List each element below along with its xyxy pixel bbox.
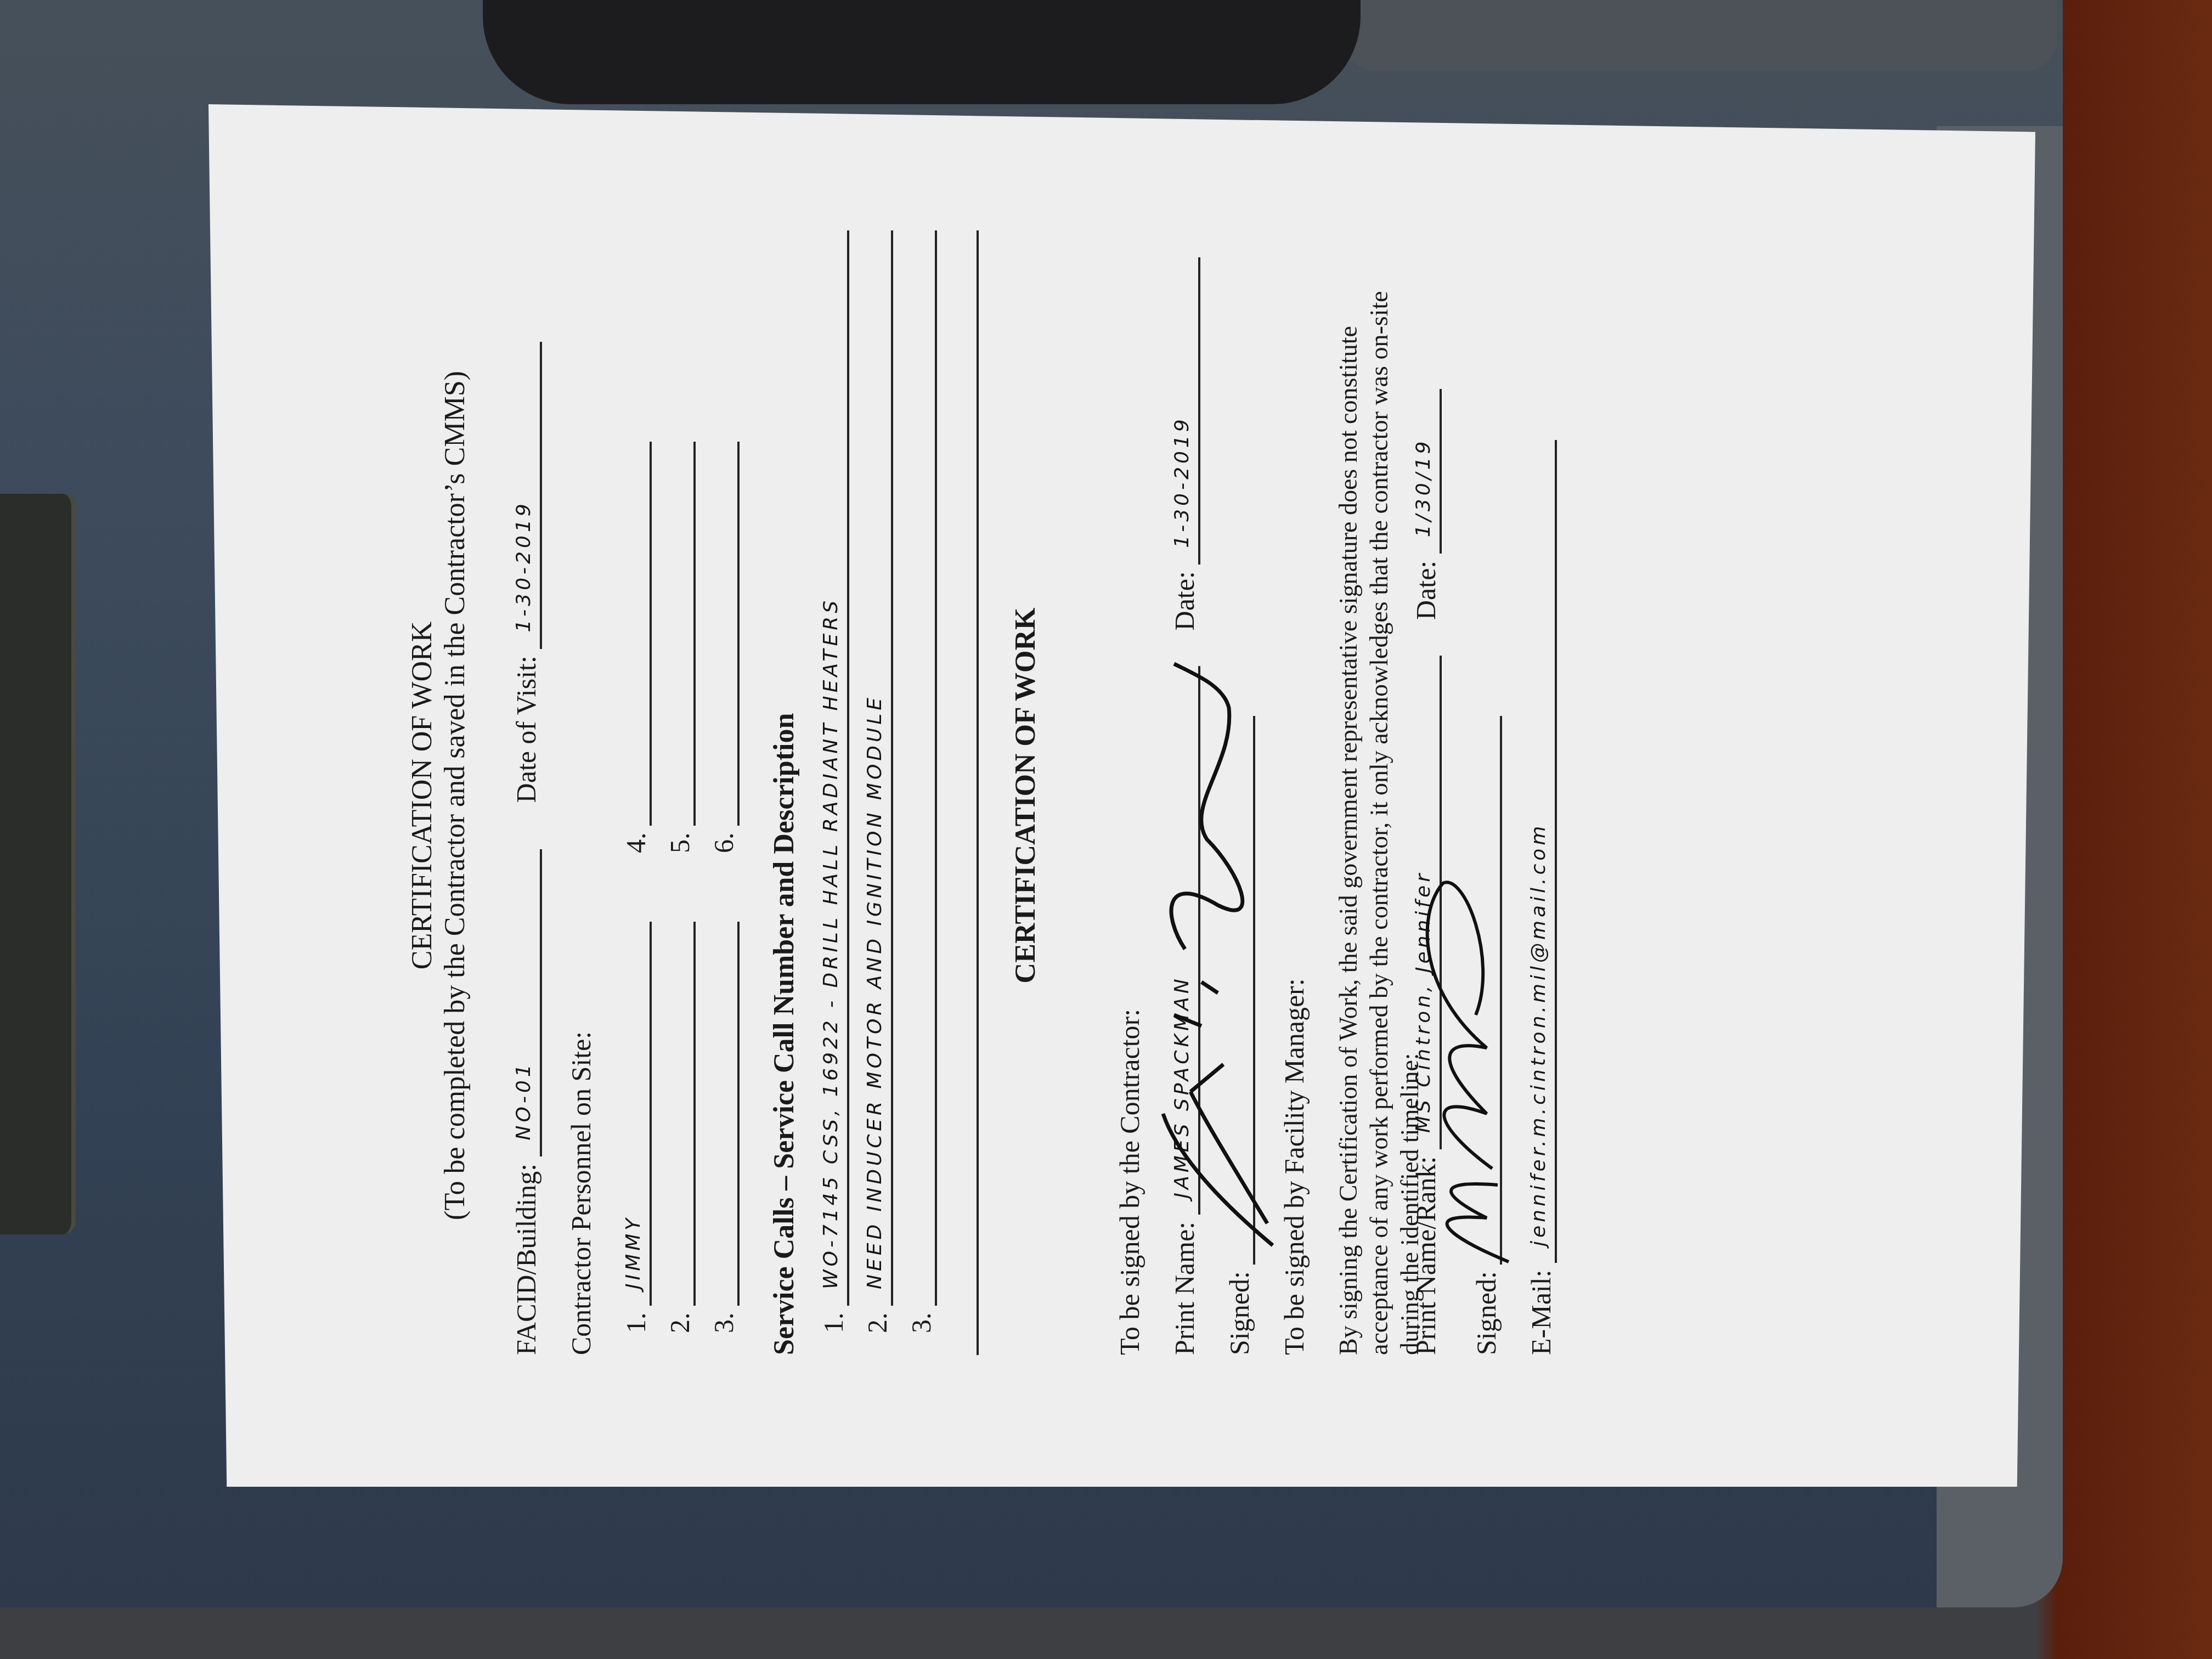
- service-calls-heading: Service Calls – Service Call Number and …: [768, 713, 800, 1355]
- personnel-field-3[interactable]: [710, 922, 740, 1306]
- facid-row: FACID/Building: NO-01 Date of Visit: 1-3…: [510, 342, 542, 1355]
- email-field[interactable]: jennifer.m.cintron.mil@mail.com: [1527, 440, 1557, 1263]
- personnel-row-2: 2. 5.: [664, 442, 696, 1333]
- facility-date-field[interactable]: 1/30/19: [1412, 389, 1442, 554]
- personnel-label: Contractor Personnel on Site:: [565, 1031, 597, 1355]
- service-call-1: 1. WO-7145 CSS, 16922 - DRILL HALL RADIA…: [817, 230, 849, 1333]
- date-of-visit-label: Date of Visit:: [511, 656, 541, 803]
- personnel-row-3: 3. 6.: [708, 442, 740, 1333]
- service-call-2: 2. NEED INDUCER MOTOR AND IGNITION MODUL…: [861, 230, 893, 1333]
- certification-form: CERTIFICATION OF WORK (To be completed b…: [214, 115, 2024, 1476]
- email-label: E-Mail:: [1526, 1269, 1556, 1355]
- facid-label: FACID/Building:: [511, 1164, 541, 1355]
- personnel-row-1: 1. JIMMY 4.: [620, 442, 652, 1333]
- side-object: [0, 494, 76, 1234]
- contractor-date-label: Date:: [1169, 571, 1200, 630]
- personnel-field-4[interactable]: [622, 442, 652, 826]
- facility-signed-label: Signed:: [1471, 1271, 1502, 1355]
- email-row: E-Mail: jennifer.m.cintron.mil@mail.com: [1525, 440, 1557, 1355]
- cert-heading: CERTIFICATION OF WORK: [1009, 115, 1042, 1476]
- date-of-visit-field[interactable]: 1-30-2019: [512, 342, 542, 649]
- personnel-field-1[interactable]: JIMMY: [622, 922, 652, 1306]
- signed-label: Signed:: [1224, 1271, 1255, 1355]
- divider: [977, 230, 979, 1355]
- service-call-field-2[interactable]: NEED INDUCER MOTOR AND IGNITION MODULE: [864, 230, 893, 1306]
- personnel-field-5[interactable]: [666, 442, 696, 826]
- personnel-field-6[interactable]: [710, 442, 740, 826]
- contractor-date-field[interactable]: 1-30-2019: [1171, 257, 1200, 565]
- personnel-field-2[interactable]: [666, 922, 696, 1306]
- form-subtitle: (To be completed by the Contractor and s…: [439, 115, 471, 1476]
- facility-signature: [1410, 774, 1520, 1267]
- facility-date-label: Date:: [1410, 561, 1441, 620]
- clipboard-handle: [1344, 0, 2057, 71]
- service-call-field-1[interactable]: WO-7145 CSS, 16922 - DRILL HALL RADIANT …: [820, 230, 849, 1306]
- facid-field[interactable]: NO-01: [512, 849, 542, 1156]
- facility-section-label: To be signed by Facility Manager:: [1278, 978, 1310, 1355]
- service-call-field-3[interactable]: [907, 230, 937, 1306]
- service-call-3: 3.: [905, 230, 937, 1333]
- clipboard-clip: [483, 0, 1361, 104]
- form-title: CERTIFICATION OF WORK: [406, 115, 438, 1476]
- contractor-signature: [1141, 653, 1284, 1256]
